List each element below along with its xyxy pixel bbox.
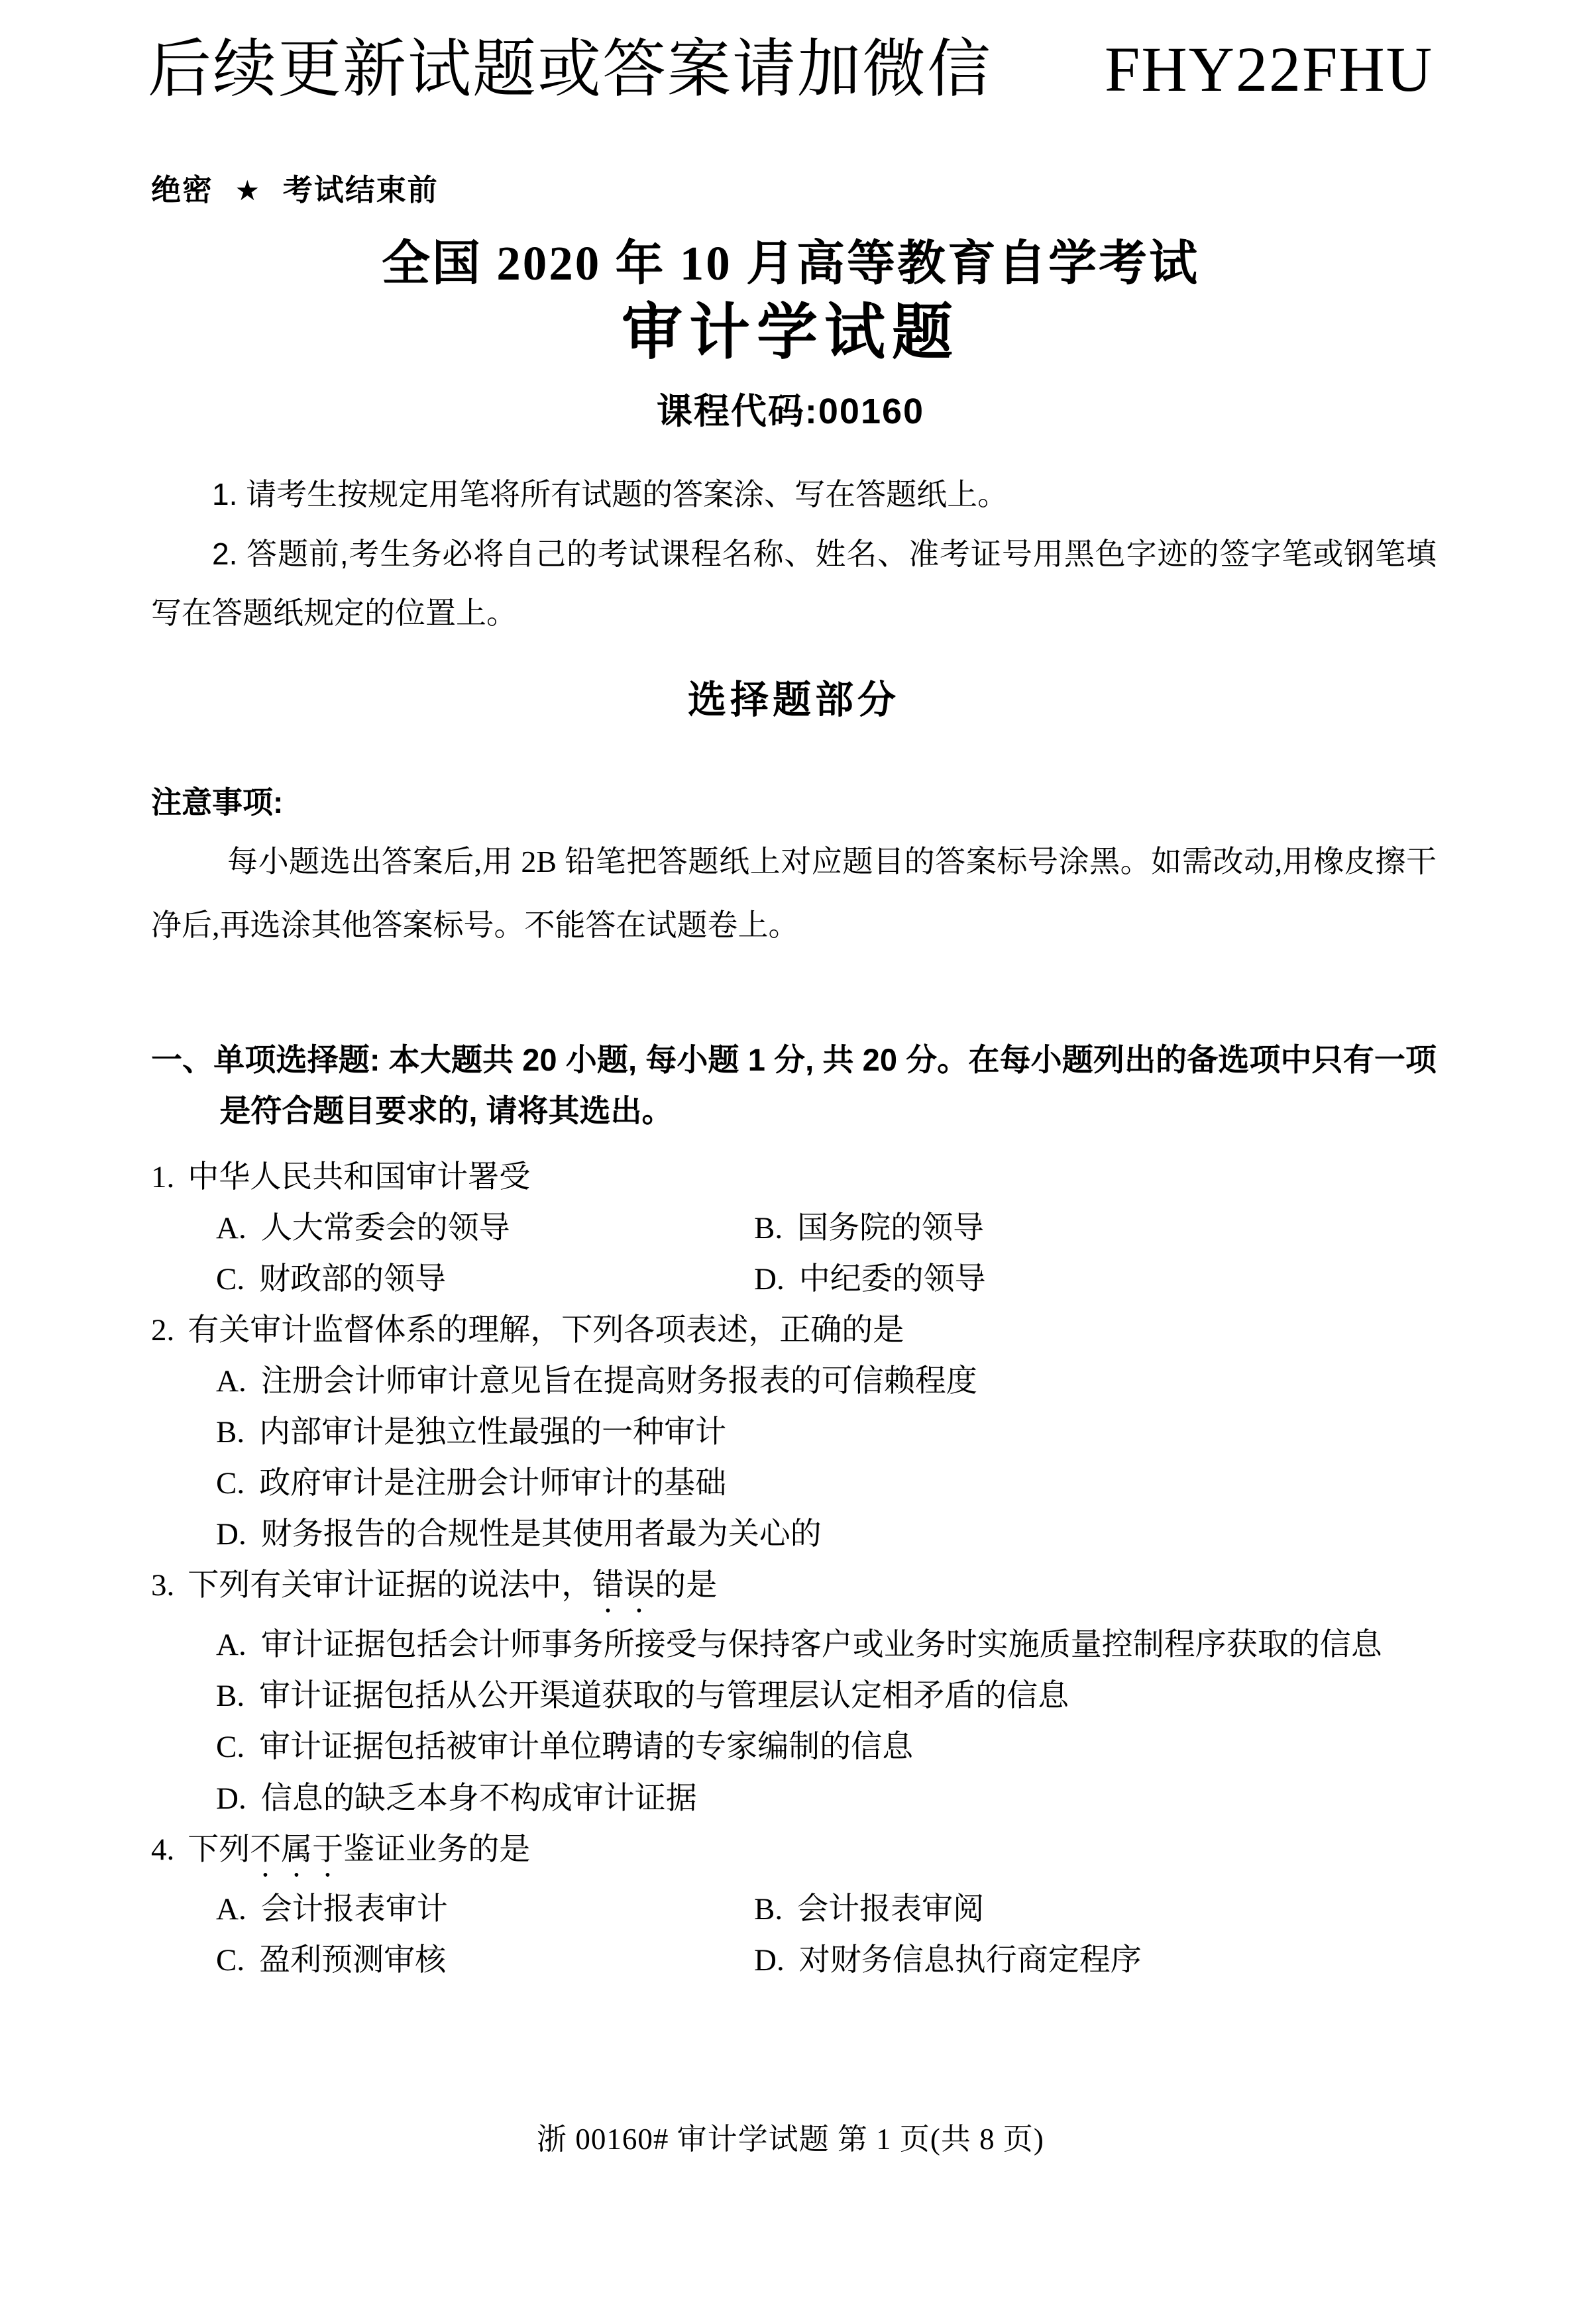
question-3-option-a: A.审计证据包括会计师事务所接受与保持客户或业务时实施质量控制程序获取的信息 — [216, 1620, 1437, 1671]
question-2-number: 2. — [151, 1305, 174, 1356]
instruction-item-1: 1. 请考生按规定用笔将所有试题的答案涂、写在答题纸上。 — [151, 465, 1437, 525]
question-3-option-b: B.审计证据包括从公开渠道获取的与管理层认定相矛盾的信息 — [216, 1671, 1437, 1722]
option-label: A. — [216, 1884, 246, 1935]
security-classification-line: 绝密 ★ 考试结束前 — [151, 166, 439, 209]
option-text: 政府审计是注册会计师审计的基础 — [259, 1466, 726, 1501]
question-3-option-c: C.审计证据包括被审计单位聘请的专家编制的信息 — [216, 1722, 1437, 1773]
question-1-options: A.人大常委会的领导 B.国务院的领导 C.财政部的领导 D.中纪委的领导 — [151, 1203, 1437, 1305]
option-label: D. — [216, 1773, 246, 1824]
part-title: 选择题部分 — [151, 668, 1437, 724]
option-text: 财政部的领导 — [259, 1262, 446, 1296]
question-1-stem: 1.中华人民共和国审计署受 — [151, 1152, 1437, 1203]
option-label: C. — [216, 1254, 245, 1305]
wechat-id-text: FHY22FHU — [1105, 32, 1433, 106]
instruction-item-2: 2. 答题前,考生务必将自己的考试课程名称、姓名、准考证号用黑色字迹的签字笔或钢… — [151, 525, 1437, 643]
option-text: 盈利预测审核 — [259, 1943, 446, 1978]
option-text: 人大常委会的领导 — [261, 1211, 510, 1245]
option-text: 审计证据包括被审计单位聘请的专家编制的信息 — [259, 1730, 913, 1764]
wechat-header-line: 后续更新试题或答案请加微信 FHY22FHU — [0, 19, 1581, 109]
question-2-option-d: D.财务报告的合规性是其使用者最为关心的 — [216, 1509, 1437, 1560]
question-4-number: 4. — [151, 1824, 174, 1875]
question-1-stem-text: 中华人民共和国审计署受 — [188, 1160, 530, 1194]
question-1: 1.中华人民共和国审计署受 A.人大常委会的领导 B.国务院的领导 C.财政部的… — [151, 1152, 1437, 1305]
option-label: D. — [754, 1254, 785, 1305]
exam-paper-page: 后续更新试题或答案请加微信 FHY22FHU 绝密 ★ 考试结束前 全国 202… — [0, 0, 1581, 2324]
question-2-option-a: A.注册会计师审计意见旨在提高财务报表的可信赖程度 — [216, 1356, 1437, 1407]
question-2: 2.有关审计监督体系的理解，下列各项表述，正确的是 A.注册会计师审计意见旨在提… — [151, 1305, 1437, 1560]
question-3-stem-text-end: 的是 — [655, 1568, 717, 1603]
option-label: C. — [216, 1935, 245, 1986]
option-label: A. — [216, 1203, 246, 1254]
question-4-options: A.会计报表审计 B.会计报表审阅 C.盈利预测审核 D.对财务信息执行商定程序 — [151, 1884, 1437, 1986]
page-footer: 浙 00160# 审计学试题 第 1 页(共 8 页) — [0, 2115, 1581, 2158]
question-1-option-a: A.人大常委会的领导 — [216, 1203, 754, 1254]
question-2-option-c: C.政府审计是注册会计师审计的基础 — [216, 1458, 1437, 1509]
question-1-option-c: C.财政部的领导 — [216, 1254, 754, 1305]
option-text: 审计证据包括从公开渠道获取的与管理层认定相矛盾的信息 — [259, 1679, 1069, 1713]
question-4: 4.下列不属于鉴证业务的是 A.会计报表审计 B.会计报表审阅 C.盈利预测审核… — [151, 1824, 1437, 1986]
paper-title: 审计学试题 — [0, 284, 1581, 371]
option-label: C. — [216, 1458, 245, 1509]
question-3-stem: 3.下列有关审计证据的说法中，错误的是 — [151, 1560, 1437, 1620]
option-label: D. — [754, 1935, 785, 1986]
option-label: B. — [216, 1671, 245, 1722]
option-text: 会计报表审计 — [261, 1892, 448, 1927]
star-icon: ★ — [235, 175, 262, 206]
question-2-options: A.注册会计师审计意见旨在提高财务报表的可信赖程度 B.内部审计是独立性最强的一… — [151, 1356, 1437, 1560]
main-content: 1. 请考生按规定用笔将所有试题的答案涂、写在答题纸上。 2. 答题前,考生务必… — [151, 465, 1437, 1986]
question-3-options: A.审计证据包括会计师事务所接受与保持客户或业务时实施质量控制程序获取的信息 B… — [151, 1620, 1437, 1824]
question-4-stem-emphasis: 不属于 — [250, 1832, 343, 1867]
question-4-stem-text: 下列 — [188, 1832, 250, 1867]
option-text: 信息的缺乏本身不构成审计证据 — [261, 1781, 697, 1816]
option-label: B. — [754, 1884, 783, 1935]
option-text: 注册会计师审计意见旨在提高财务报表的可信赖程度 — [261, 1364, 977, 1399]
question-4-stem: 4.下列不属于鉴证业务的是 — [151, 1824, 1437, 1884]
option-label: C. — [216, 1722, 245, 1773]
question-2-option-b: B.内部审计是独立性最强的一种审计 — [216, 1407, 1437, 1458]
option-label: D. — [216, 1509, 246, 1560]
option-label: B. — [754, 1203, 783, 1254]
question-4-option-d: D.对财务信息执行商定程序 — [754, 1935, 1437, 1986]
question-3-stem-emphasis: 错误 — [592, 1568, 655, 1603]
option-text: 财务报告的合规性是其使用者最为关心的 — [261, 1517, 822, 1552]
question-1-number: 1. — [151, 1152, 174, 1203]
section-1-heading: 一、单项选择题: 本大题共 20 小题, 每小题 1 分, 共 20 分。在每小… — [151, 1035, 1437, 1136]
course-code: 课程代码:00160 — [0, 383, 1581, 434]
question-4-option-a: A.会计报表审计 — [216, 1884, 754, 1935]
question-1-option-d: D.中纪委的领导 — [754, 1254, 1437, 1305]
wechat-notice-text: 后续更新试题或答案请加微信 — [148, 19, 992, 109]
option-label: B. — [216, 1407, 245, 1458]
question-3: 3.下列有关审计证据的说法中，错误的是 A.审计证据包括会计师事务所接受与保持客… — [151, 1560, 1437, 1824]
option-label: A. — [216, 1620, 246, 1671]
secrecy-label: 绝密 — [151, 173, 213, 207]
option-text: 会计报表审阅 — [797, 1892, 984, 1927]
question-1-option-b: B.国务院的领导 — [754, 1203, 1437, 1254]
question-3-number: 3. — [151, 1560, 174, 1611]
question-4-option-b: B.会计报表审阅 — [754, 1884, 1437, 1935]
question-2-stem: 2.有关审计监督体系的理解，下列各项表述，正确的是 — [151, 1305, 1437, 1356]
option-text: 对财务信息执行商定程序 — [799, 1943, 1142, 1978]
option-text: 审计证据包括会计师事务所接受与保持客户或业务时实施质量控制程序获取的信息 — [261, 1628, 1382, 1662]
question-3-option-d: D.信息的缺乏本身不构成审计证据 — [216, 1773, 1437, 1824]
question-3-stem-text: 下列有关审计证据的说法中， — [188, 1568, 592, 1603]
exam-timing-label: 考试结束前 — [283, 173, 439, 207]
notes-label: 注意事项: — [151, 778, 1437, 822]
option-text: 内部审计是独立性最强的一种审计 — [259, 1415, 726, 1450]
option-label: A. — [216, 1356, 246, 1407]
question-4-option-c: C.盈利预测审核 — [216, 1935, 754, 1986]
option-text: 中纪委的领导 — [799, 1262, 986, 1296]
notes-body: 每小题选出答案后,用 2B 铅笔把答题纸上对应题目的答案标号涂黑。如需改动,用橡… — [151, 830, 1437, 957]
question-2-stem-text: 有关审计监督体系的理解，下列各项表述，正确的是 — [188, 1313, 904, 1347]
option-text: 国务院的领导 — [797, 1211, 984, 1245]
question-4-stem-text-end: 鉴证业务的是 — [343, 1832, 530, 1867]
